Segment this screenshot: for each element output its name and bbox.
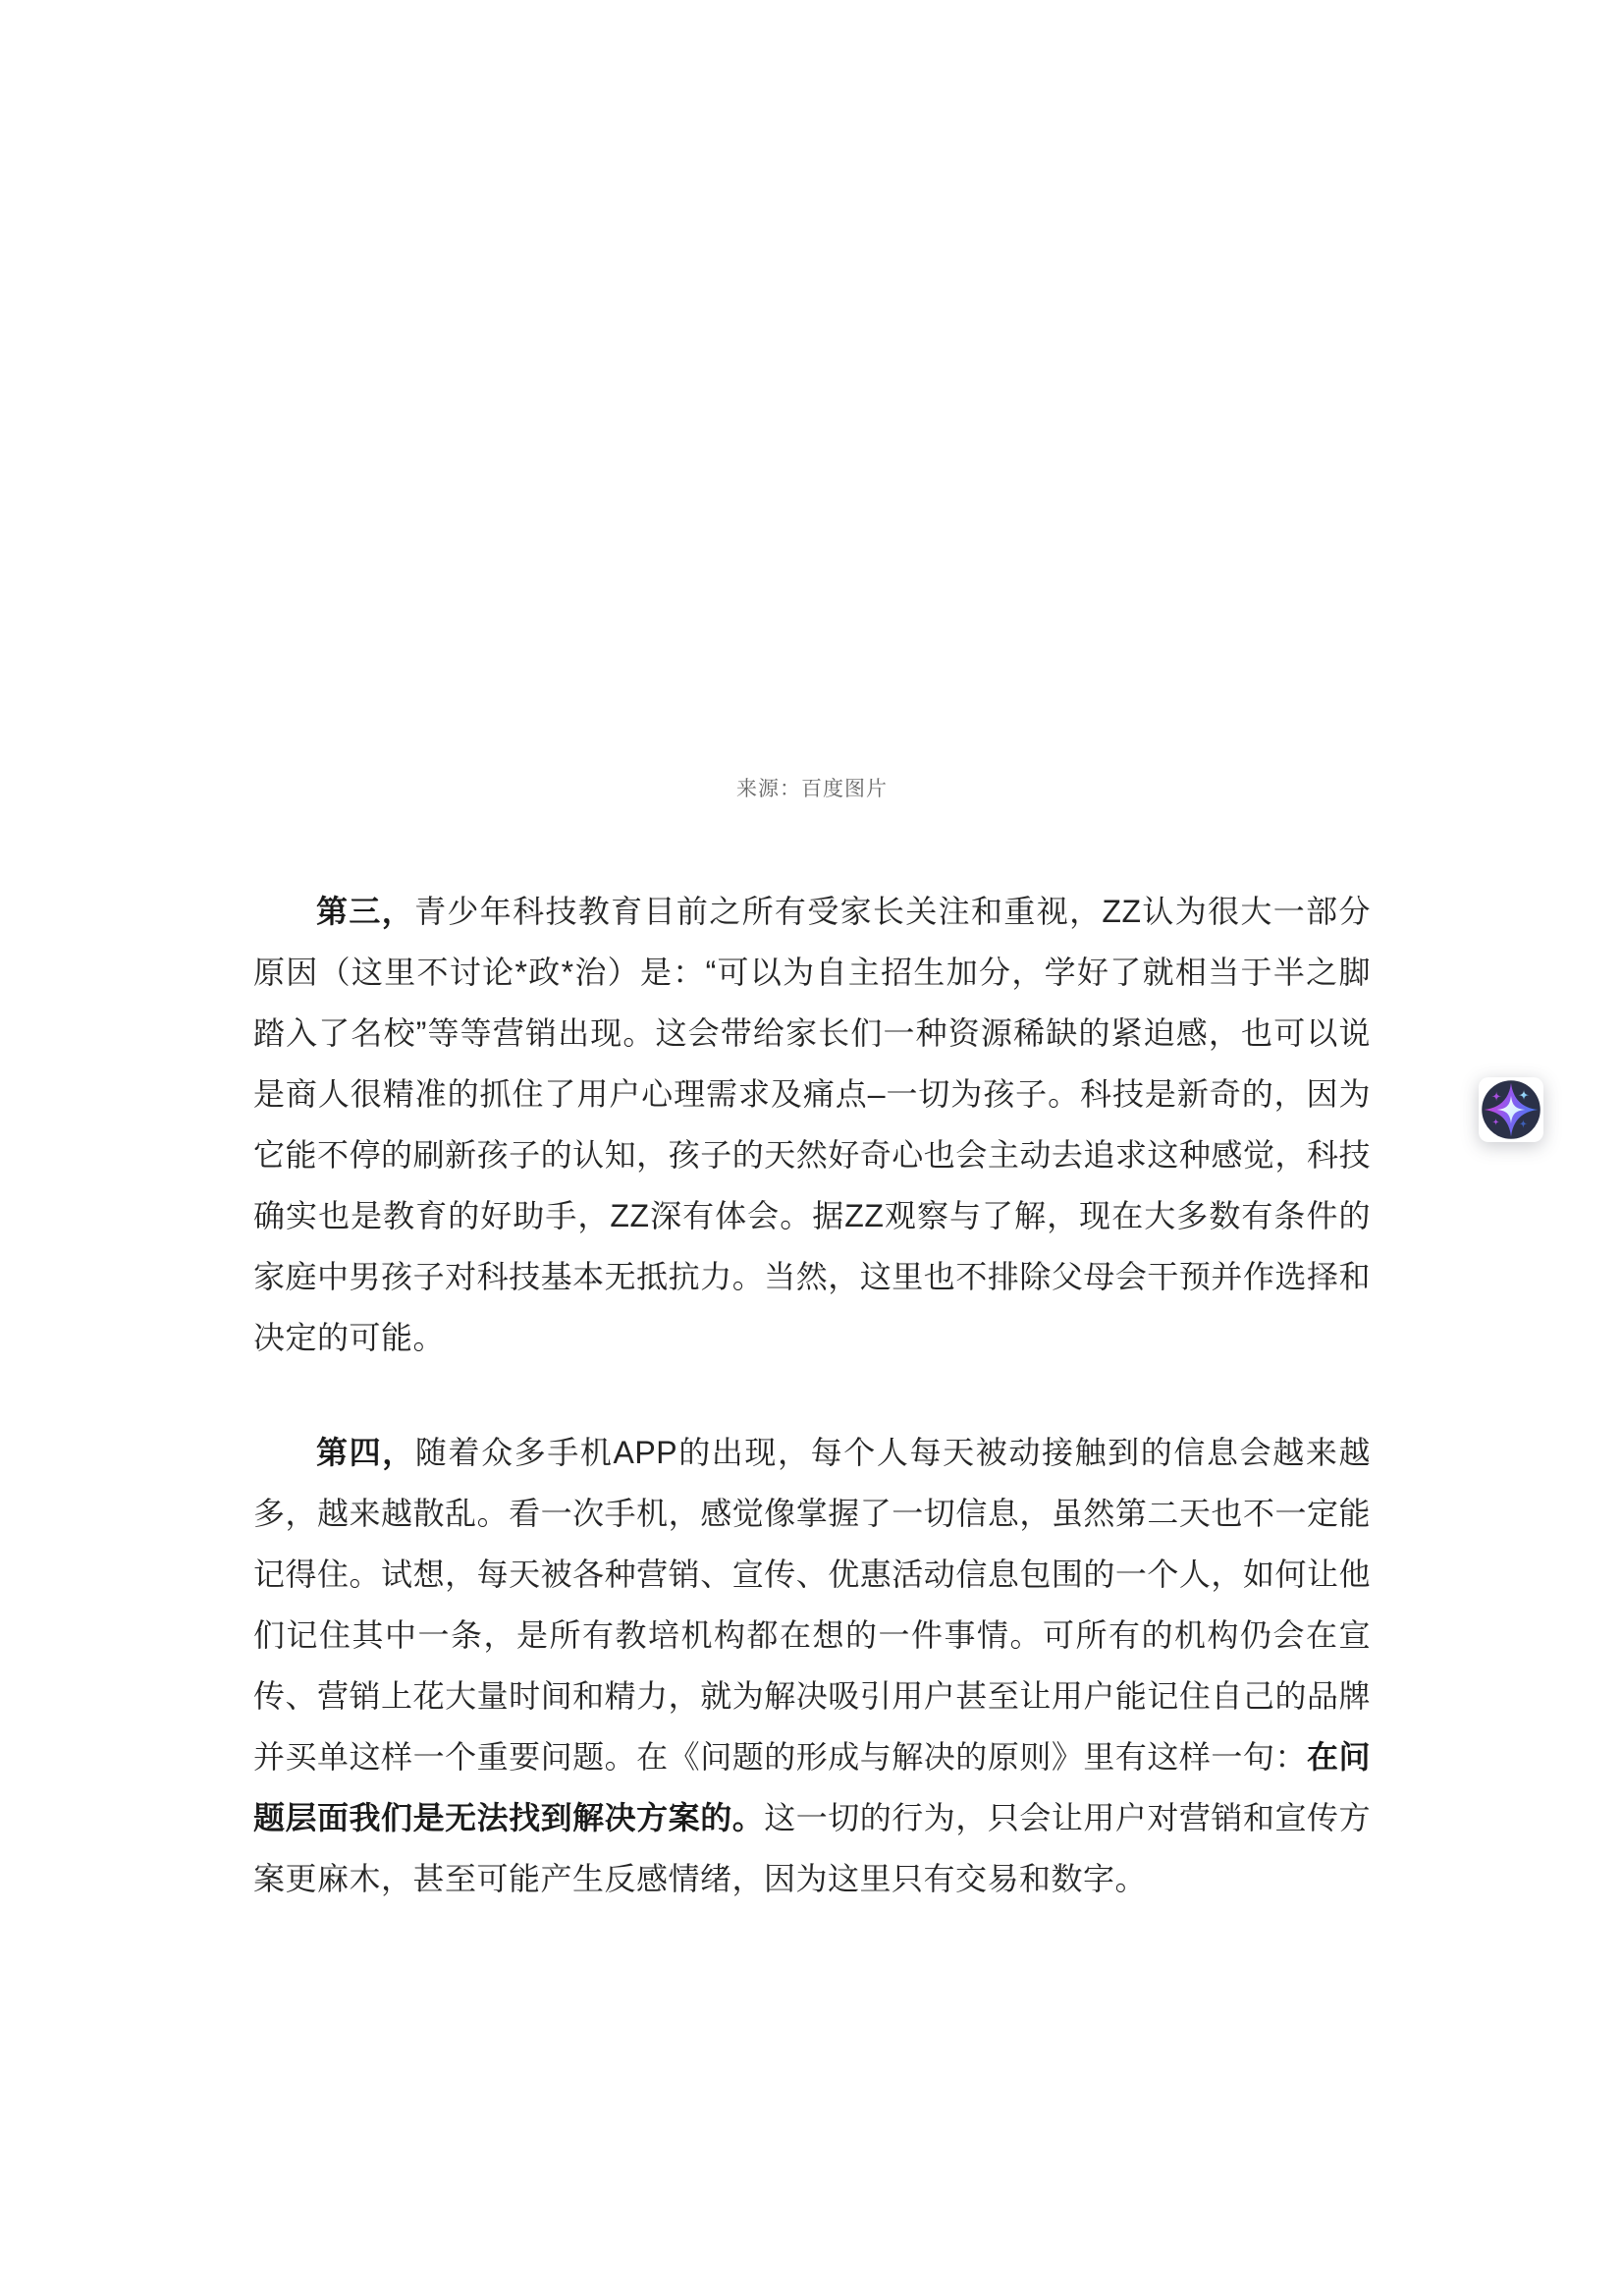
paragraph-third-text: 青少年科技教育目前之所有受家长关注和重视，ZZ认为很大一部分原因（这里不讨论*政… bbox=[253, 894, 1371, 1355]
paragraph-fourth: 第四，随着众多手机APP的出现，每个人每天被动接触到的信息会越来越多，越来越散乱… bbox=[253, 1422, 1371, 1909]
article-body: 来源：百度图片 第三，青少年科技教育目前之所有受家长关注和重视，ZZ认为很大一部… bbox=[253, 776, 1371, 1909]
sparkle-icon bbox=[1481, 1079, 1541, 1140]
ai-assistant-button[interactable] bbox=[1479, 1077, 1543, 1142]
paragraph-fourth-text-1: 随着众多手机APP的出现，每个人每天被动接触到的信息会越来越多，越来越散乱。看一… bbox=[253, 1435, 1371, 1775]
image-source-caption: 来源：百度图片 bbox=[253, 776, 1371, 803]
paragraph-fourth-lead: 第四， bbox=[316, 1435, 415, 1470]
paragraph-third: 第三，青少年科技教育目前之所有受家长关注和重视，ZZ认为很大一部分原因（这里不讨… bbox=[253, 881, 1371, 1368]
paragraph-third-lead: 第三， bbox=[316, 894, 414, 929]
article-page: 来源：百度图片 第三，青少年科技教育目前之所有受家长关注和重视，ZZ认为很大一部… bbox=[0, 0, 1622, 2296]
